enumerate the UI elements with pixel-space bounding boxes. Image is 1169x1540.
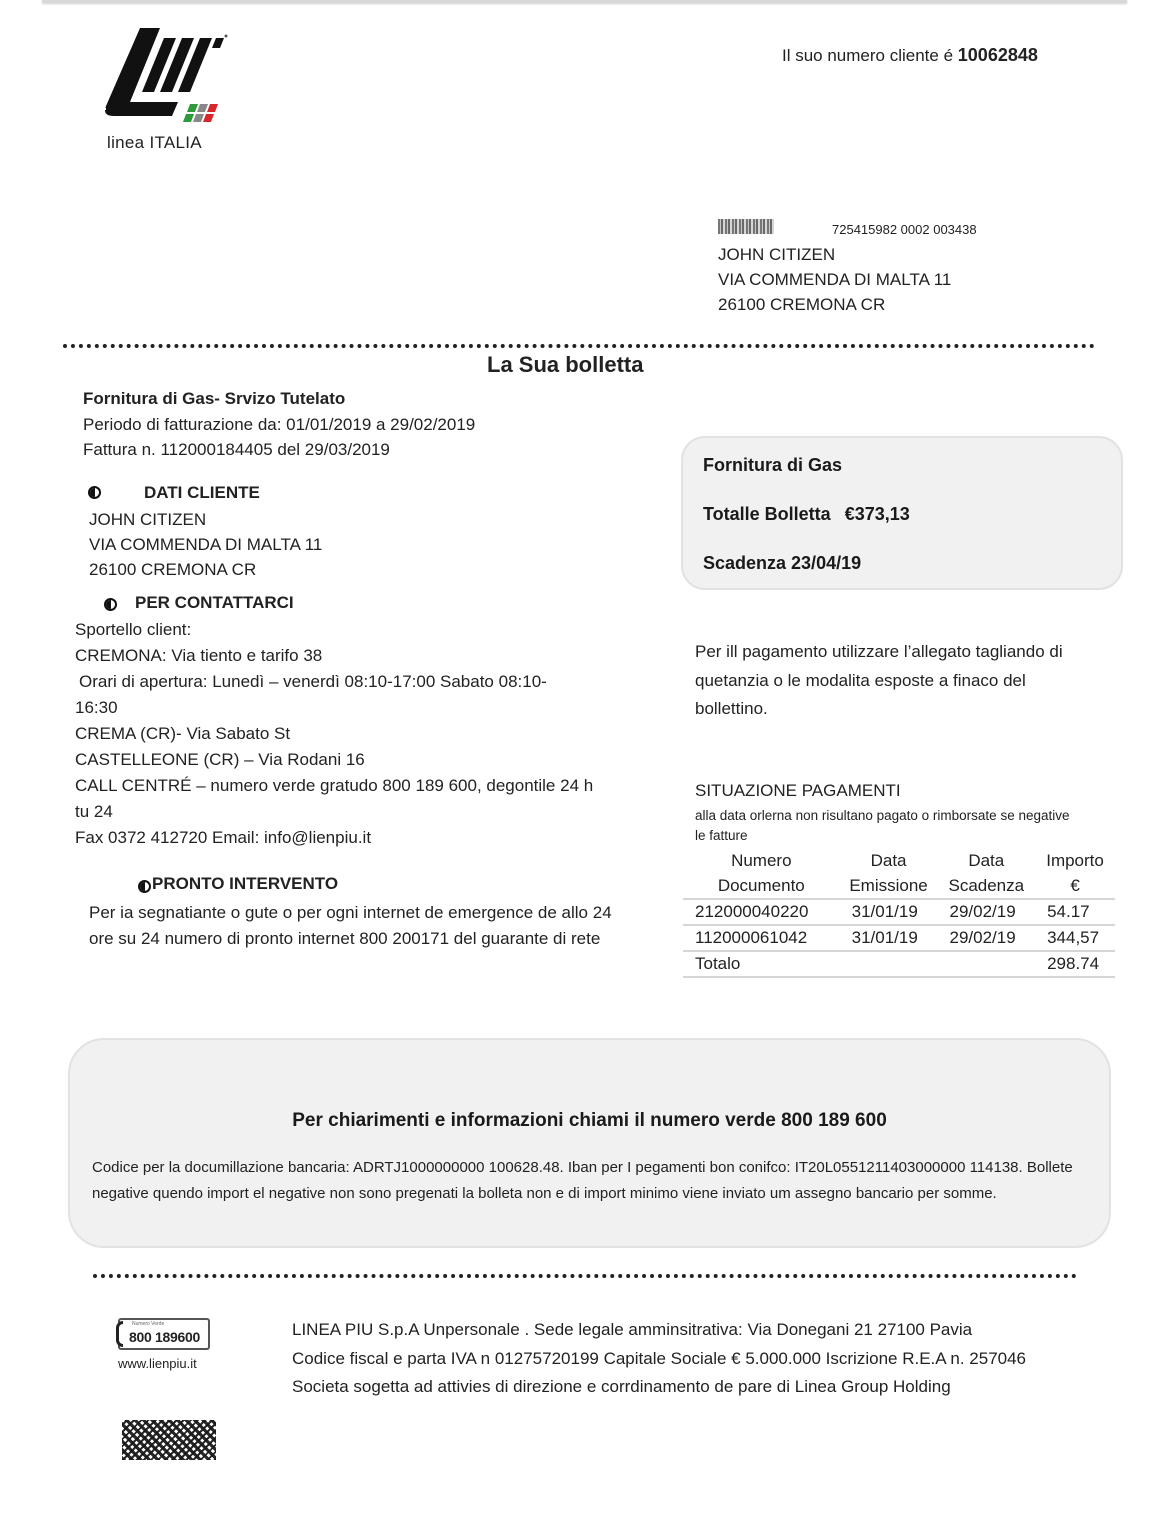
summary-supply: Fornitura di Gas bbox=[703, 455, 842, 476]
badge-caption: Numero Verde bbox=[132, 1321, 164, 1327]
payments-table: NumeroDocumento DataEmissione DataScaden… bbox=[683, 848, 1115, 978]
address-barcode bbox=[718, 219, 774, 234]
amount: 54.17 bbox=[1035, 899, 1115, 925]
emergency-line: Per ia segnatiante o gute o per ogni int… bbox=[89, 900, 629, 926]
company-line: Codice fiscal e parta IVA n 01275720199 … bbox=[292, 1345, 1026, 1374]
total-label: Totalo bbox=[683, 951, 840, 977]
summary-due-date: Scadenza 23/04/19 bbox=[703, 553, 861, 574]
customer-details: JOHN CITIZEN VIA COMMENDA DI MALTA 11 26… bbox=[89, 507, 322, 582]
payment-note: Per ill pagamento utilizzare l’allegato … bbox=[695, 638, 1095, 724]
issue-date: 31/01/19 bbox=[840, 899, 938, 925]
table-row: 212000040220 31/01/19 29/02/19 54.17 bbox=[683, 899, 1115, 925]
column-header: DataScadenza bbox=[938, 848, 1036, 899]
info-body: Codice per la documillazione bancaria: A… bbox=[92, 1155, 1092, 1207]
contact-line: Fax 0372 412720 Email: info@lienpiu.it bbox=[75, 825, 635, 851]
recipient-street: VIA COMMENDA DI MALTA 11 bbox=[718, 267, 951, 292]
column-header: NumeroDocumento bbox=[683, 848, 840, 899]
contact-section-title: PER CONTATTARCI bbox=[135, 593, 294, 613]
doc-number: 112000061042 bbox=[683, 925, 840, 951]
phone-handset-icon bbox=[116, 1321, 123, 1347]
payments-subtitle: alla data orlerna non risultano pagato o… bbox=[695, 806, 1075, 846]
half-circle-icon bbox=[88, 486, 101, 499]
summary-total: Totalle Bolletta€373,13 bbox=[703, 504, 910, 525]
doc-number: 212000040220 bbox=[683, 899, 840, 925]
company-line: Societa sogetta ad attivies di direzione… bbox=[292, 1373, 1026, 1402]
customer-name: JOHN CITIZEN bbox=[89, 507, 322, 532]
page-title: La Sua bolletta bbox=[487, 352, 643, 378]
table-total-row: Totalo 298.74 bbox=[683, 951, 1115, 977]
half-circle-icon bbox=[104, 598, 117, 611]
summary-total-label: Totalle Bolletta bbox=[703, 504, 831, 524]
badge-number: 800 189600 bbox=[129, 1329, 200, 1345]
emergency-details: Per ia segnatiante o gute o per ogni int… bbox=[89, 900, 629, 951]
column-header: Importo€ bbox=[1035, 848, 1115, 899]
contact-line: Orari di apertura: Lunedì – venerdì 08:1… bbox=[75, 669, 635, 695]
toll-free-badge: Numero Verde 800 189600 bbox=[118, 1318, 210, 1350]
company-line: LINEA PIU S.p.A Unpersonale . Sede legal… bbox=[292, 1316, 1026, 1345]
page-top-border bbox=[42, 0, 1127, 3]
contact-line: CREMONA: Via tiento e tarifo 38 bbox=[75, 643, 635, 669]
payments-title: SITUAZIONE PAGAMENTI bbox=[695, 781, 901, 801]
invoice-number: Fattura n. 112000184405 del 29/03/2019 bbox=[83, 437, 475, 463]
contact-line: 16:30 bbox=[75, 695, 635, 721]
service-name: Fornitura di Gas- Srvizo Tutelato bbox=[83, 386, 475, 412]
contact-line: CALL CENTRÉ – numero verde gratudo 800 1… bbox=[75, 773, 635, 799]
recipient-name: JOHN CITIZEN bbox=[718, 242, 951, 267]
website-link[interactable]: www.lienpiu.it bbox=[118, 1356, 197, 1371]
customer-city: 26100 CREMONA CR bbox=[89, 557, 322, 582]
invoice-header: Fornitura di Gas- Srvizo Tutelato Period… bbox=[83, 386, 475, 463]
total-value: 298.74 bbox=[1035, 951, 1115, 977]
table-row: 112000061042 31/01/19 29/02/19 344,57 bbox=[683, 925, 1115, 951]
contact-line: CREMA (CR)- Via Sabato St bbox=[75, 721, 635, 747]
issue-date: 31/01/19 bbox=[840, 925, 938, 951]
emergency-line: ore su 24 numero di pronto internet 800 … bbox=[89, 926, 629, 952]
half-circle-icon bbox=[138, 880, 151, 893]
customer-section-title: DATI CLIENTE bbox=[144, 483, 260, 503]
recipient-city: 26100 CREMONA CR bbox=[718, 292, 951, 317]
bill-summary-box: Fornitura di Gas Totalle Bolletta€373,13… bbox=[681, 436, 1123, 590]
dotted-divider bbox=[63, 344, 1095, 348]
contact-line: tu 24 bbox=[75, 799, 635, 825]
table-header-row: NumeroDocumento DataEmissione DataScaden… bbox=[683, 848, 1115, 899]
summary-total-value: €373,13 bbox=[845, 504, 910, 524]
datamatrix-code bbox=[122, 1420, 216, 1460]
recipient-address: JOHN CITIZEN VIA COMMENDA DI MALTA 11 26… bbox=[718, 242, 951, 317]
emergency-section-title: PRONTO INTERVENTO bbox=[152, 874, 338, 894]
customer-street: VIA COMMENDA DI MALTA 11 bbox=[89, 532, 322, 557]
contact-line: CASTELLEONE (CR) – Via Rodani 16 bbox=[75, 747, 635, 773]
billing-period: Periodo di fatturazione da: 01/01/2019 a… bbox=[83, 412, 475, 438]
logo-text: linea ITALIA bbox=[107, 133, 202, 153]
amount: 344,57 bbox=[1035, 925, 1115, 951]
contact-line: Sportello client: bbox=[75, 617, 635, 643]
client-number: Il suo numero cliente é 10062848 bbox=[782, 45, 1038, 66]
due-date: 29/02/19 bbox=[938, 925, 1036, 951]
client-number-label: Il suo numero cliente é bbox=[782, 46, 953, 65]
client-number-value: 10062848 bbox=[958, 45, 1038, 65]
due-date: 29/02/19 bbox=[938, 899, 1036, 925]
contact-details: Sportello client: CREMONA: Via tiento e … bbox=[75, 617, 635, 851]
column-header: DataEmissione bbox=[840, 848, 938, 899]
address-code: 725415982 0002 003438 bbox=[832, 222, 977, 237]
company-info: LINEA PIU S.p.A Unpersonale . Sede legal… bbox=[292, 1316, 1026, 1402]
info-title: Per chiarimenti e informazioni chiami il… bbox=[70, 1110, 1109, 1132]
info-box: Per chiarimenti e informazioni chiami il… bbox=[68, 1038, 1111, 1248]
dotted-divider bbox=[93, 1274, 1077, 1278]
